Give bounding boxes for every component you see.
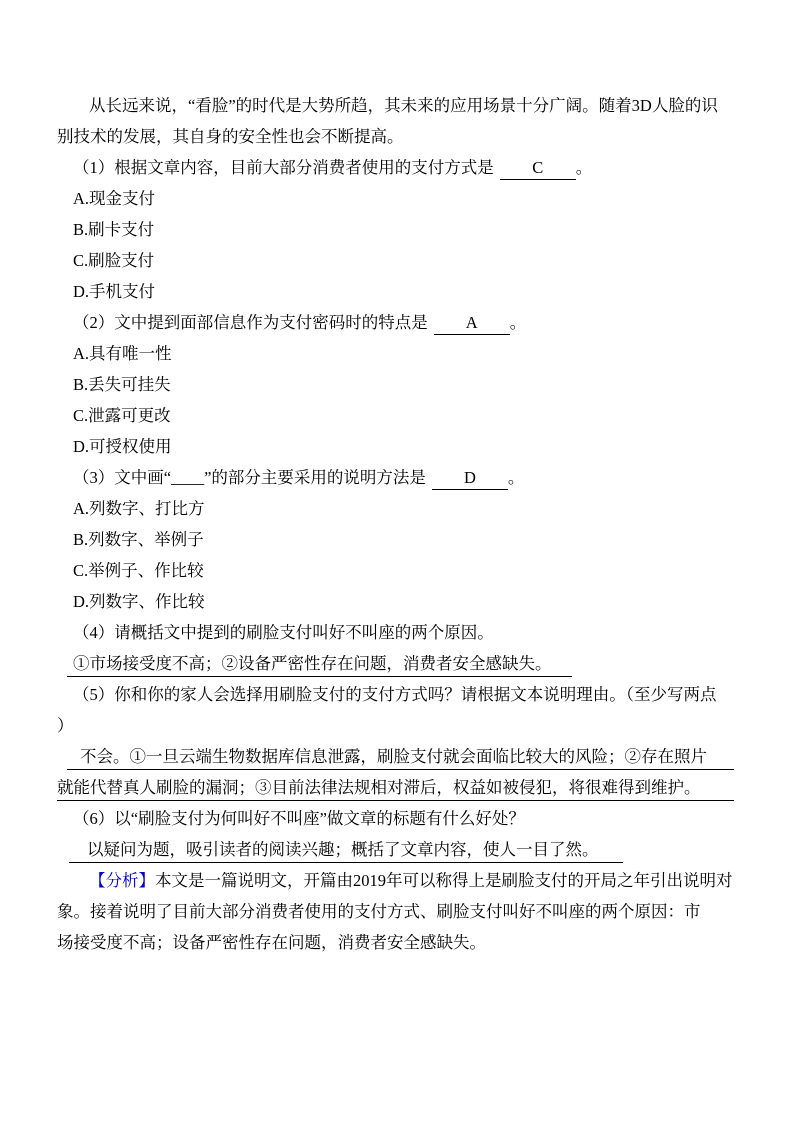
question-1-stem-line: （1）根据文章内容，目前大部分消费者使用的支付方式是C。 <box>57 152 734 183</box>
analysis-label: 【分析】 <box>89 871 155 890</box>
question-3-option-a: A.列数字、打比方 <box>57 493 734 524</box>
article-paragraph-line-1: 从长远来说，“看脸”的时代是大势所趋，其未来的应用场景十分广阔。随着3D人脸的识 <box>57 90 734 121</box>
question-2-answer-blank: A <box>434 311 510 335</box>
question-5-stem-line-2: ） <box>57 710 734 741</box>
question-3-stem-line: （3）文中画“____”的部分主要采用的说明方法是D。 <box>57 462 734 493</box>
analysis-text-1: 本文是一篇说明文，开篇由2019年可以称得上是刷脸支付的开局之年引出说明对 <box>155 871 733 890</box>
question-1-option-a: A.现金支付 <box>57 183 734 214</box>
question-6-stem: （6）以“刷脸支付为何叫好不叫座”做文章的标题有什么好处？ <box>57 803 734 834</box>
analysis-line-3: 场接受度不高；设备严密性存在问题，消费者安全感缺失。 <box>57 927 734 958</box>
question-5-answer-line-2-wrap: 就能代替真人刷脸的漏洞；③目前法律法规相对滞后，权益如被侵犯，将很难得到维护。 <box>57 772 734 803</box>
question-1-answer-blank: C <box>500 156 576 180</box>
question-3-option-c: C.举例子、作比较 <box>57 555 734 586</box>
document-page: 从长远来说，“看脸”的时代是大势所趋，其未来的应用场景十分广阔。随着3D人脸的识… <box>0 0 794 1123</box>
analysis-line-2: 象。接着说明了目前大部分消费者使用的支付方式、刷脸支付叫好不叫座的两个原因：市 <box>57 896 734 927</box>
question-1-option-b: B.刷卡支付 <box>57 214 734 245</box>
question-2-option-d: D.可授权使用 <box>57 431 734 462</box>
question-4-answer: ①市场接受度不高；②设备严密性存在问题，消费者安全感缺失。 <box>67 652 572 677</box>
question-5-answer-line-1-wrap: 不会。①一旦云端生物数据库信息泄露，刷脸支付就会面临比较大的风险；②存在照片 <box>57 741 734 772</box>
question-3-period: 。 <box>508 468 525 487</box>
question-2-option-c: C.泄露可更改 <box>57 400 734 431</box>
question-4-stem: （4）请概括文中提到的刷脸支付叫好不叫座的两个原因。 <box>57 617 734 648</box>
question-3-stem: （3）文中画“____”的部分主要采用的说明方法是 <box>73 468 426 487</box>
question-1-option-c: C.刷脸支付 <box>57 245 734 276</box>
question-2-option-a: A.具有唯一性 <box>57 338 734 369</box>
question-5-answer-line-1: 不会。①一旦云端生物数据库信息泄露，刷脸支付就会面临比较大的风险；②存在照片 <box>67 745 734 770</box>
analysis-line-1: 【分析】本文是一篇说明文，开篇由2019年可以称得上是刷脸支付的开局之年引出说明… <box>57 865 734 896</box>
question-1-period: 。 <box>576 158 593 177</box>
document-content: 从长远来说，“看脸”的时代是大势所趋，其未来的应用场景十分广阔。随着3D人脸的识… <box>57 90 734 958</box>
question-4-answer-line: ①市场接受度不高；②设备严密性存在问题，消费者安全感缺失。 <box>57 648 734 679</box>
question-6-answer: 以疑问为题，吸引读者的阅读兴趣；概括了文章内容，使人一目了然。 <box>69 838 623 863</box>
question-3-option-b: B.列数字、举例子 <box>57 524 734 555</box>
question-5-stem-line-1: （5）你和你的家人会选择用刷脸支付的支付方式吗？请根据文本说明理由。（至少写两点 <box>57 679 734 710</box>
question-2-option-b: B.丢失可挂失 <box>57 369 734 400</box>
question-1-stem: （1）根据文章内容，目前大部分消费者使用的支付方式是 <box>73 158 494 177</box>
question-2-period: 。 <box>510 313 527 332</box>
question-6-answer-line: 以疑问为题，吸引读者的阅读兴趣；概括了文章内容，使人一目了然。 <box>57 834 734 865</box>
question-1-option-d: D.手机支付 <box>57 276 734 307</box>
question-3-answer-blank: D <box>432 466 508 490</box>
question-3-option-d: D.列数字、作比较 <box>57 586 734 617</box>
question-5-answer-line-2: 就能代替真人刷脸的漏洞；③目前法律法规相对滞后，权益如被侵犯，将很难得到维护。 <box>57 776 734 801</box>
article-paragraph-line-2: 别技术的发展，其自身的安全性也会不断提高。 <box>57 121 734 152</box>
question-2-stem: （2）文中提到面部信息作为支付密码时的特点是 <box>73 313 428 332</box>
question-2-stem-line: （2）文中提到面部信息作为支付密码时的特点是A。 <box>57 307 734 338</box>
